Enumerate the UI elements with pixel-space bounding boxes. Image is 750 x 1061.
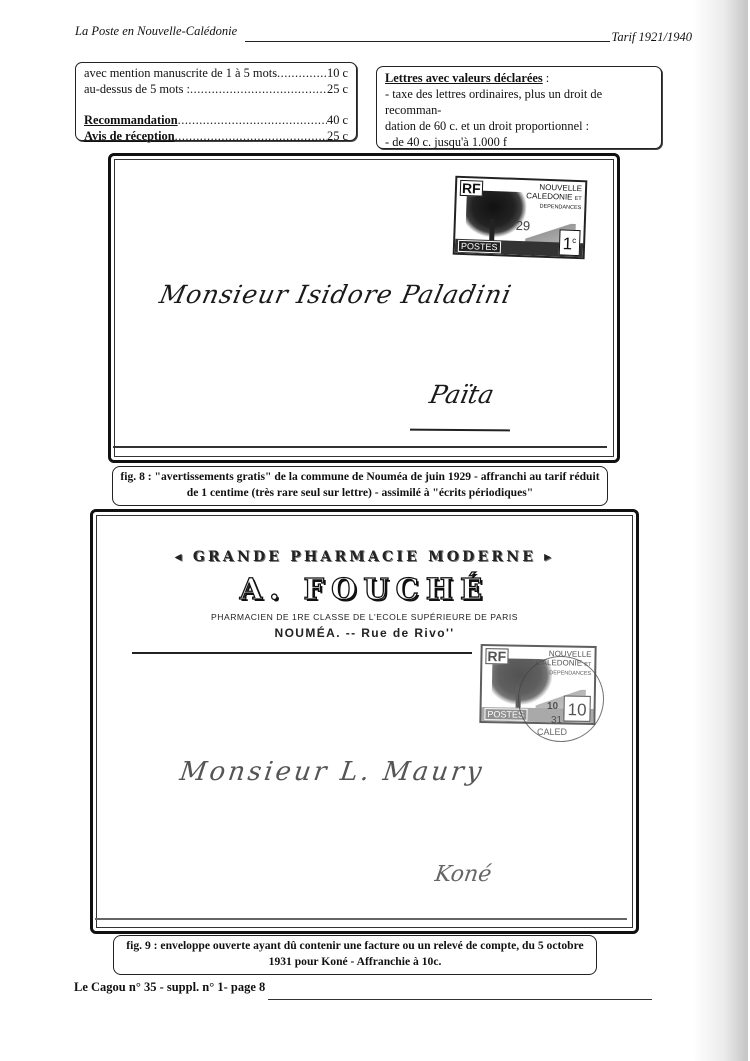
rate-row: au-dessus de 5 mots : 25 c — [84, 81, 348, 97]
rate-row: Recommandation40 c — [84, 112, 348, 128]
header-rule — [245, 41, 610, 42]
running-header: La Poste en Nouvelle-Calédonie Tarif 192… — [75, 24, 692, 44]
figure-9-caption: fig. 9 : enveloppe ouverte ayant dû cont… — [113, 935, 597, 975]
letterhead-rule — [132, 652, 472, 654]
address-name-handwritten: Monsieur L. Maury — [178, 757, 487, 787]
letterhead-owner: A. FOUCHÉ — [90, 572, 639, 606]
stamp-1c-image: RF NOUVELLE CALEDONIE ET DEPENDANCES 29 … — [453, 176, 588, 260]
address-name-handwritten: Monsieur Isidore Paladini — [157, 280, 515, 309]
rate-row: Avis de réception25 c — [84, 128, 348, 144]
cancel-mark: 29 — [515, 218, 530, 233]
declared-values-line: dation de 60 c. et un droit proportionne… — [385, 118, 653, 134]
rate-row: avec mention manuscrite de 1 à 5 mots 10… — [84, 65, 348, 81]
address-town-handwritten: Païta — [427, 380, 497, 409]
letterhead-pharmacy-name: ◂ GRANDE PHARMACIE MODERNE ▸ — [90, 549, 639, 565]
letterhead-qualification: PHARMACIEN DE 1RE CLASSE DE L'ECOLE SUPÉ… — [90, 612, 639, 622]
figure-8-caption: fig. 8 : "avertissements gratis" de la c… — [112, 466, 608, 506]
address-town-handwritten: Koné — [433, 862, 493, 887]
declared-values-box: Lettres avec valeurs déclarées : - taxe … — [376, 66, 662, 149]
letterhead-address: NOUMÉA. -- Rue de Rivo'' — [90, 626, 639, 640]
publication-title: La Poste en Nouvelle-Calédonie — [75, 24, 237, 39]
scan-edge-shadow — [692, 0, 750, 1061]
declared-values-line: - de 40 c. jusqu'à 1.000 f — [385, 134, 653, 150]
declared-values-line: - taxe des lettres ordinaires, plus un d… — [385, 86, 653, 118]
footer-rule — [268, 999, 652, 1000]
section-title: Tarif 1921/1940 — [612, 30, 692, 45]
rates-box: avec mention manuscrite de 1 à 5 mots 10… — [75, 62, 357, 141]
footer-issue: Le Cagou n° 35 - suppl. n° 1- page 8 — [74, 980, 265, 995]
postmark-circle: 10 31 CALED — [518, 656, 604, 742]
declared-values-title: Lettres avec valeurs déclarées : — [385, 70, 653, 86]
